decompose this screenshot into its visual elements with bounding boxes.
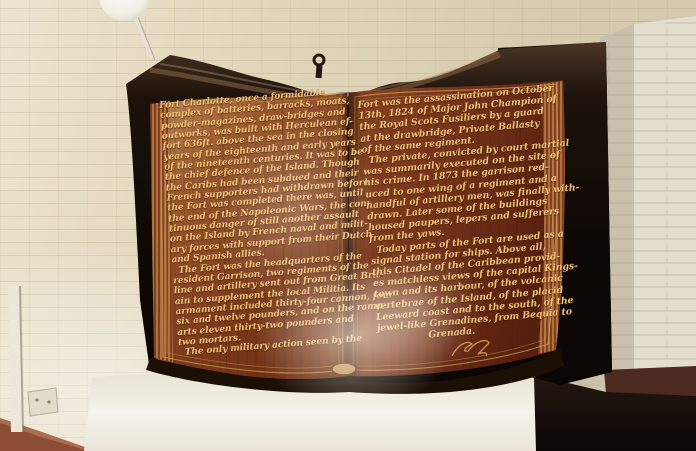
lamp-conduit-shadow [136,12,155,60]
photo-scene: Fort Charlotte, once a formidablecomplex… [0,0,696,451]
bracket-screw [47,400,50,403]
scene-graphics [0,0,696,451]
pipe-bracket [28,388,58,416]
left-page-grain [154,93,349,379]
spine-end [332,363,356,375]
bracket-screw [35,398,38,401]
hanging-hook-icon [314,55,324,65]
right-page-grain [349,80,565,376]
hanging-hook-stem [316,66,323,78]
gutter-shadow [336,92,364,380]
pillar-brick-texture [600,16,696,372]
globe-lamp [99,0,151,21]
